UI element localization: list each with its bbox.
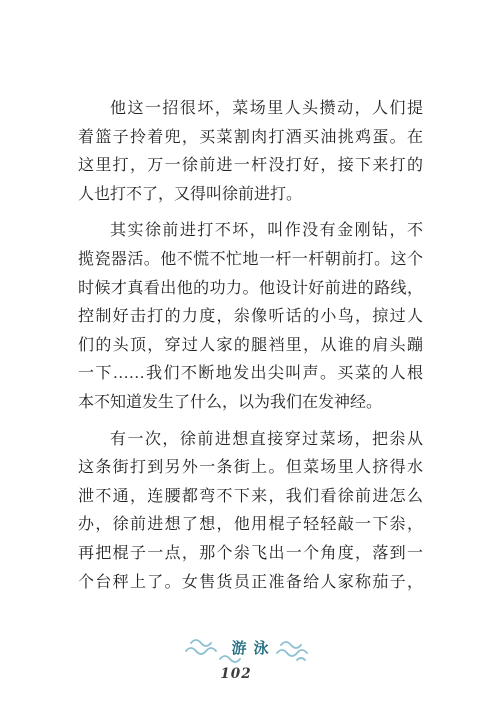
book-page: 他这一招很坏，菜场里人头攒动，人们提 着篮子拎着兜，买菜割肉打酒买油挑鸡蛋。在 …	[0, 0, 500, 724]
text-line: 再把棍子一点，那个尜飞出一个角度，落到一	[78, 540, 423, 569]
text-line: 人也打不了，又得叫徐前进打。	[78, 181, 423, 210]
paragraph-2: 其实徐前进打不坏，叫作没有金刚钻，不 揽瓷器活。他不慌不忙地一杆一杆朝前打。这个…	[78, 217, 423, 417]
paragraph-1: 他这一招很坏，菜场里人头攒动，人们提 着篮子拎着兜，买菜割肉打酒买油挑鸡蛋。在 …	[78, 95, 423, 209]
text-line: 揽瓷器活。他不慌不忙地一杆一杆朝前打。这个	[78, 246, 423, 275]
text-line: 其实徐前进打不坏，叫作没有金刚钻，不	[78, 217, 423, 246]
text-line: 这里打，万一徐前进一杆没打好，接下来打的	[78, 152, 423, 181]
chapter-logo: 游泳	[184, 634, 316, 666]
text-line: 办，徐前进想了想，他用棍子轻轻敲一下尜，	[78, 511, 423, 540]
text-line: 他这一招很坏，菜场里人头攒动，人们提	[78, 95, 423, 124]
text-line: 泄不通，连腰都弯不下来，我们看徐前进怎么	[78, 483, 423, 512]
text-line: 着篮子拎着兜，买菜割肉打酒买油挑鸡蛋。在	[78, 124, 423, 153]
text-line: 本不知道发生了什么，以为我们在发神经。	[78, 389, 423, 418]
body-text: 他这一招很坏，菜场里人头攒动，人们提 着篮子拎着兜，买菜割肉打酒买油挑鸡蛋。在 …	[78, 95, 423, 597]
paragraph-3: 有一次，徐前进想直接穿过菜场，把尜从 这条街打到另外一条街上。但菜场里人挤得水 …	[78, 426, 423, 598]
text-line: 们的头顶，穿过人家的腿裆里，从谁的肩头蹦	[78, 332, 423, 361]
text-line: 有一次，徐前进想直接穿过菜场，把尜从	[78, 426, 423, 455]
page-number: 102	[0, 666, 486, 682]
text-line: 一下……我们不断地发出尖叫声。买菜的人根	[78, 360, 423, 389]
text-line: 时候才真看出他的功力。他设计好前进的路线，	[78, 275, 423, 304]
text-line: 控制好击打的力度，尜像听话的小鸟，掠过人	[78, 303, 423, 332]
text-line: 个台秤上了。女售货员正准备给人家称茄子，	[78, 569, 423, 598]
page-footer: 游泳	[0, 634, 500, 666]
text-line: 这条街打到另外一条街上。但菜场里人挤得水	[78, 454, 423, 483]
chapter-title: 游泳	[184, 637, 316, 658]
